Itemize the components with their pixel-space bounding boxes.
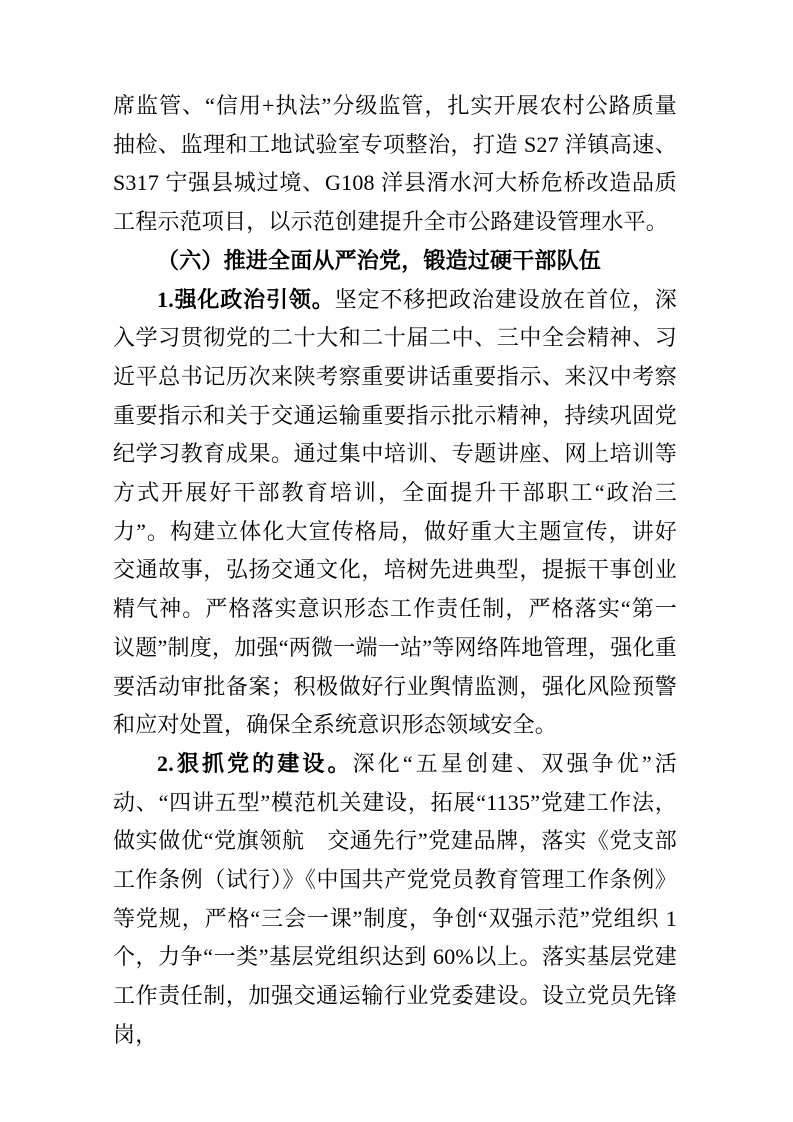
numbered-paragraph-2: 2.狠抓党的建设。深化“五星创建、双强争优”活动、“四讲五型”模范机关建设，拓展… [113,745,677,1055]
section-heading: （六）推进全面从严治党，锻造过硬干部队伍 [113,242,677,281]
continuation-paragraph: 席监管、“信用+执法”分级监管，扎实开展农村公路质量抽检、监理和工地试验室专项整… [113,87,677,242]
document-body: 席监管、“信用+执法”分级监管，扎实开展农村公路质量抽检、监理和工地试验室专项整… [113,87,677,1055]
document-page: 席监管、“信用+执法”分级监管，扎实开展农村公路质量抽检、监理和工地试验室专项整… [0,0,793,1122]
paragraph-lead: 1.强化政治引领。 [157,287,335,312]
paragraph-text: 席监管、“信用+执法”分级监管，扎实开展农村公路质量抽检、监理和工地试验室专项整… [113,93,677,234]
paragraph-text: 坚定不移把政治建设放在首位，深入学习贯彻党的二十大和二十届二中、三中全会精神、习… [113,287,677,738]
paragraph-text: 深化“五星创建、双强争优”活动、“四讲五型”模范机关建设，拓展“1135”党建工… [113,751,677,1047]
numbered-paragraph-1: 1.强化政治引领。坚定不移把政治建设放在首位，深入学习贯彻党的二十大和二十届二中… [113,281,677,745]
paragraph-lead: 2.狠抓党的建设。 [157,751,353,776]
